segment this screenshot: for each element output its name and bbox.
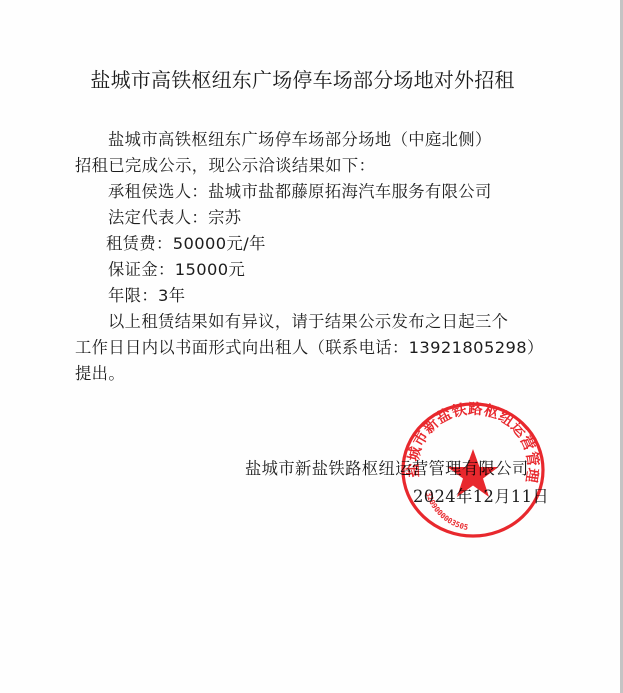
objection-notice-line-1: 以上租赁结果如有异议，请于结果公示发布之日起三个 — [108, 308, 508, 332]
intro-paragraph-line-1: 盐城市高铁枢纽东广场停车场部分场地（中庭北侧） — [108, 126, 492, 150]
official-seal-stamp: 盐城市新盐铁路枢纽运营管理有限公司 3209000003505 — [400, 401, 546, 539]
document-page: 盐城市高铁枢纽东广场停车场部分场地对外招租 盐城市高铁枢纽东广场停车场部分场地（… — [0, 0, 620, 693]
field-legal-representative: 法定代表人：宗苏 — [108, 204, 241, 228]
field-rent-fee: 租赁费：50000元/年 — [106, 230, 266, 254]
stamp-code-text: 3209000003505 — [424, 491, 469, 532]
field-deposit: 保证金：15000元 — [108, 256, 245, 280]
objection-notice-line-3: 提出。 — [75, 360, 125, 384]
intro-paragraph-line-2: 招租已完成公示，现公示洽谈结果如下： — [75, 152, 375, 176]
document-title: 盐城市高铁枢纽东广场停车场部分场地对外招租 — [0, 64, 605, 93]
field-term: 年限：3年 — [108, 282, 185, 306]
stamp-star-icon — [448, 449, 499, 497]
field-lessee-candidate: 承租侯选人：盐城市盐都藤原拓海汽车服务有限公司 — [108, 178, 492, 202]
objection-notice-line-2: 工作日日内以书面形式向出租人（联系电话：13921805298） — [75, 334, 544, 358]
